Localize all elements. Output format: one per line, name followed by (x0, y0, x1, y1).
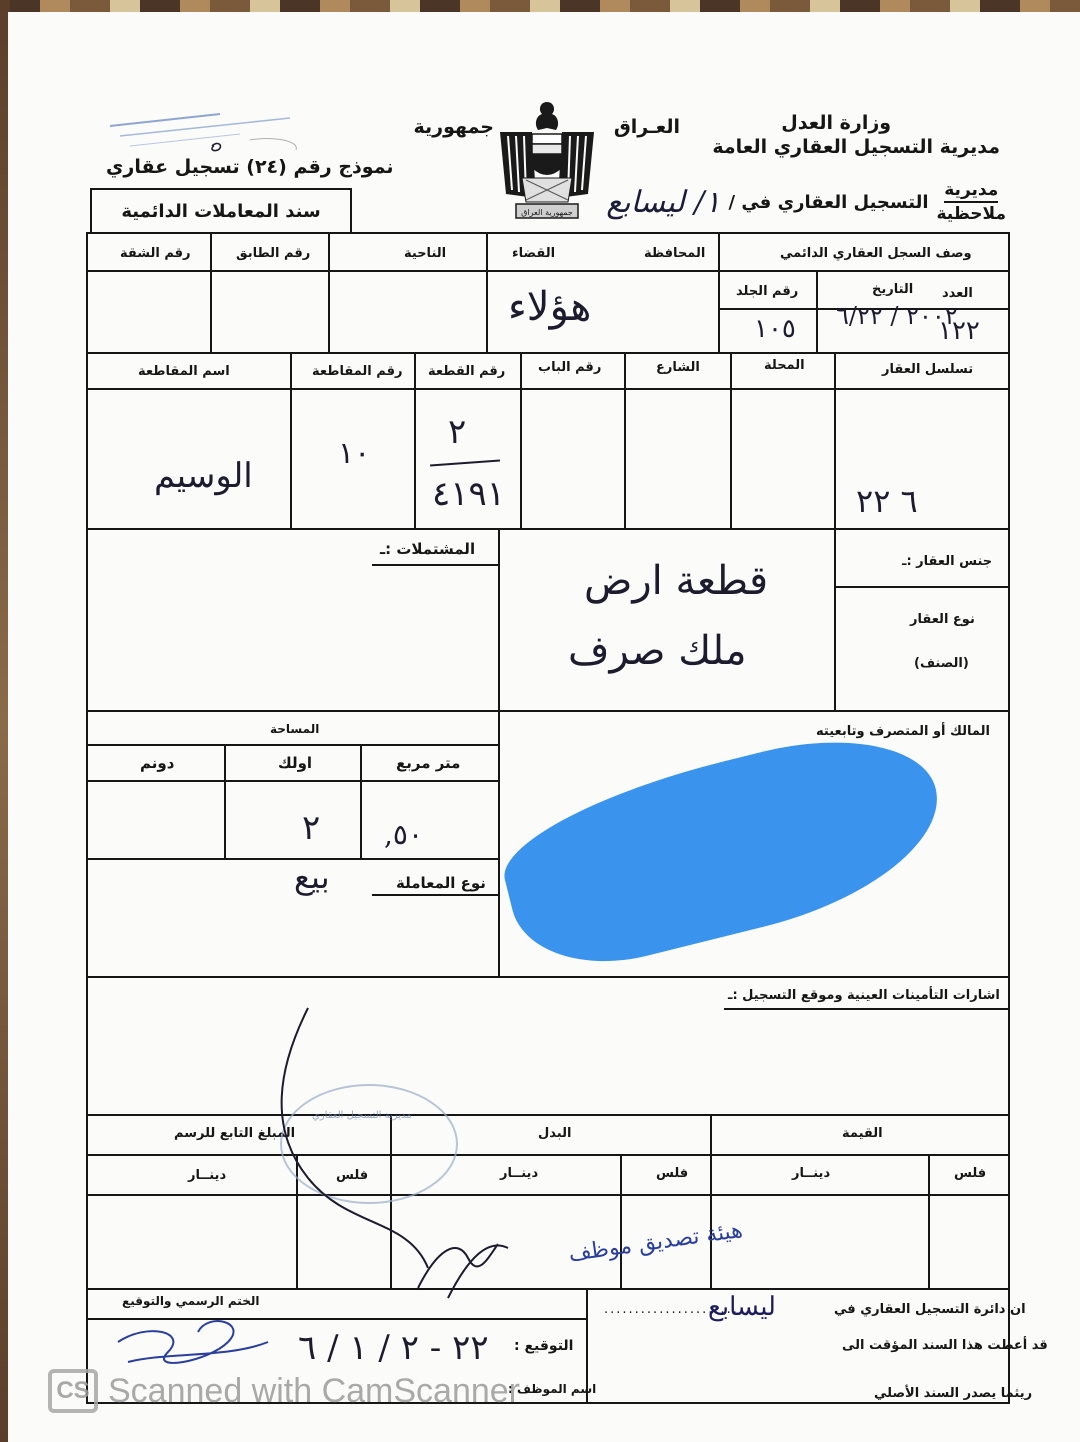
divider (928, 1154, 930, 1288)
property-type-label: نوع العقار (910, 612, 975, 627)
divider (498, 528, 500, 976)
plot-no-bottom-value: ٤١٩١ (432, 474, 505, 514)
faded-stamp-top-icon (100, 106, 310, 156)
registration-in-label: التسجيل العقاري في / (728, 192, 928, 213)
handwritten-date: ٢٢ - ٢ / ١ / ٦ (298, 1328, 489, 1368)
directorate-label: مديرية (944, 180, 998, 203)
value-dinar-header: دينــار (792, 1166, 830, 1181)
camscanner-logo-icon: CS (48, 1369, 98, 1413)
camscanner-watermark: CS Scanned with CamScanner (48, 1368, 520, 1414)
form-title-box: سند المعاملات الدائمية (90, 188, 352, 234)
signature-stroke-icon (268, 1008, 568, 1308)
date-header: التاريخ (872, 282, 913, 297)
divider (86, 780, 500, 782)
donum-label: دونم (140, 754, 174, 772)
area-label: المساحة (270, 722, 319, 736)
transaction-type-value: بيع (294, 858, 330, 896)
section-name-value: الوسيم (154, 456, 253, 496)
directorate-fraction: مديرية ملاحظية (937, 180, 1007, 224)
divider (86, 858, 500, 860)
property-seq-header: تسلسل العقار (882, 362, 973, 377)
divider (486, 232, 488, 352)
governorate-value-handwritten: هؤلاء (508, 284, 591, 330)
divider (624, 352, 626, 528)
fee-dinar-header: دينــار (188, 1168, 226, 1183)
floor-no-header: رقم الطابق (236, 246, 310, 261)
sub-district-header: الناحية (404, 246, 446, 261)
number-value: ١٢٢ (938, 316, 980, 346)
office-notice-line1: ان دائرة التسجيل العقاري في (834, 1302, 1026, 1317)
divider (372, 894, 498, 896)
divider (718, 232, 720, 352)
ministry-name: وزارة العدل (712, 112, 960, 134)
divider (86, 388, 1010, 390)
category-label: (الصنف) (914, 656, 969, 671)
district-header: القضاء (512, 246, 555, 261)
value-label: القيمة (842, 1126, 883, 1141)
divider (834, 352, 836, 528)
olk-label: اولك (278, 754, 312, 772)
divider (520, 352, 522, 528)
divider (86, 270, 1010, 272)
sqm-value: ٥٠, (384, 818, 423, 851)
republic-word: جمهورية (414, 116, 494, 138)
sqm-label: متر مربع (396, 754, 460, 772)
number-header: العدد (942, 286, 973, 301)
divider (414, 352, 416, 528)
encumbrances-label: اشارات التأمينات العينية وموقع التسجيل :… (728, 988, 1000, 1003)
note-label: ملاحظية (937, 203, 1007, 224)
divider (372, 564, 498, 566)
locality-header: المحلة (764, 358, 805, 373)
apartment-no-header: رقم الشقة (120, 246, 191, 261)
iraq-word: العـراق (614, 116, 680, 138)
divider (724, 1008, 1010, 1010)
divider (360, 744, 362, 858)
plot-no-top-value: ٢ (448, 412, 466, 452)
section-name-header: اسم المقاطعة (138, 364, 230, 379)
divider (290, 352, 292, 528)
emblem-caption: جمهورية العراق (521, 208, 573, 217)
plot-no-header: رقم القطعة (428, 364, 505, 379)
divider (210, 232, 212, 352)
employee-name-label: اسم الموظف : (508, 1382, 596, 1396)
document-page: وزارة العدل مديرية التسجيل العقاري العام… (8, 12, 1080, 1442)
divider (86, 744, 500, 746)
property-kind-value: قطعة ارض (584, 558, 768, 604)
signature-label: التوقيع : (514, 1338, 573, 1354)
divider (620, 1154, 622, 1288)
permanent-record-header: وصف السجل العقاري الدائمي (780, 246, 972, 261)
olk-value: ٢ (302, 808, 320, 848)
directorate-general: مديرية التسجيل العقاري العامة (712, 136, 1000, 158)
iraq-eagle-emblem-icon: جمهورية العراق (492, 98, 602, 228)
consideration-fils-header: فلس (656, 1166, 688, 1181)
directorate-line: مديرية ملاحظية التسجيل العقاري في / ١/ ل… (606, 180, 1006, 224)
form-number: نموذج رقم (٢٤) تسجيل عقاري (106, 156, 394, 178)
property-type-value: ملك صرف (568, 628, 747, 674)
office-notice-line3: ريثما يصدر السند الأصلي (874, 1386, 1032, 1401)
governorate-header: المحافظة (644, 246, 705, 261)
registration-place-handwritten: ١/ ليسابع (606, 185, 720, 220)
contents-label: المشتملات :ـ (380, 540, 475, 558)
volume-no-value: ١٠٥ (754, 314, 796, 344)
section-no-header: رقم المقاطعة (312, 364, 402, 379)
property-seq-value: ٦ ٢٢ (856, 482, 918, 520)
volume-no-header: رقم الجلد (736, 284, 798, 299)
door-no-header: رقم الباب (538, 360, 601, 375)
divider (86, 352, 1010, 354)
section-no-value: ١٠ (338, 436, 370, 471)
divider (710, 1114, 712, 1288)
owner-label: المالك أو المتصرف وتابعيته (816, 724, 990, 739)
camscanner-text: Scanned with CamScanner (108, 1372, 520, 1411)
street-header: الشارع (656, 360, 700, 375)
office-notice-line2: قد أعطت هذا السند المؤقت الى (842, 1338, 1048, 1353)
form-title: سند المعاملات الدائمية (121, 201, 320, 222)
divider (730, 352, 732, 528)
divider (834, 586, 1010, 588)
divider (816, 270, 818, 352)
divider (86, 976, 1010, 978)
divider (224, 744, 226, 858)
divider (86, 710, 1010, 712)
value-fils-header: فلس (954, 1166, 986, 1181)
property-kind-label: جنس العقار :ـ (902, 554, 992, 569)
divider (328, 232, 330, 352)
divider (834, 528, 836, 710)
transaction-type-label: نوع المعاملة (396, 874, 486, 892)
divider (86, 528, 1010, 530)
ministry-header: وزارة العدل مديرية التسجيل العقاري العام… (712, 112, 1000, 158)
office-notice-place-handwritten: ليسابع (708, 1292, 776, 1322)
